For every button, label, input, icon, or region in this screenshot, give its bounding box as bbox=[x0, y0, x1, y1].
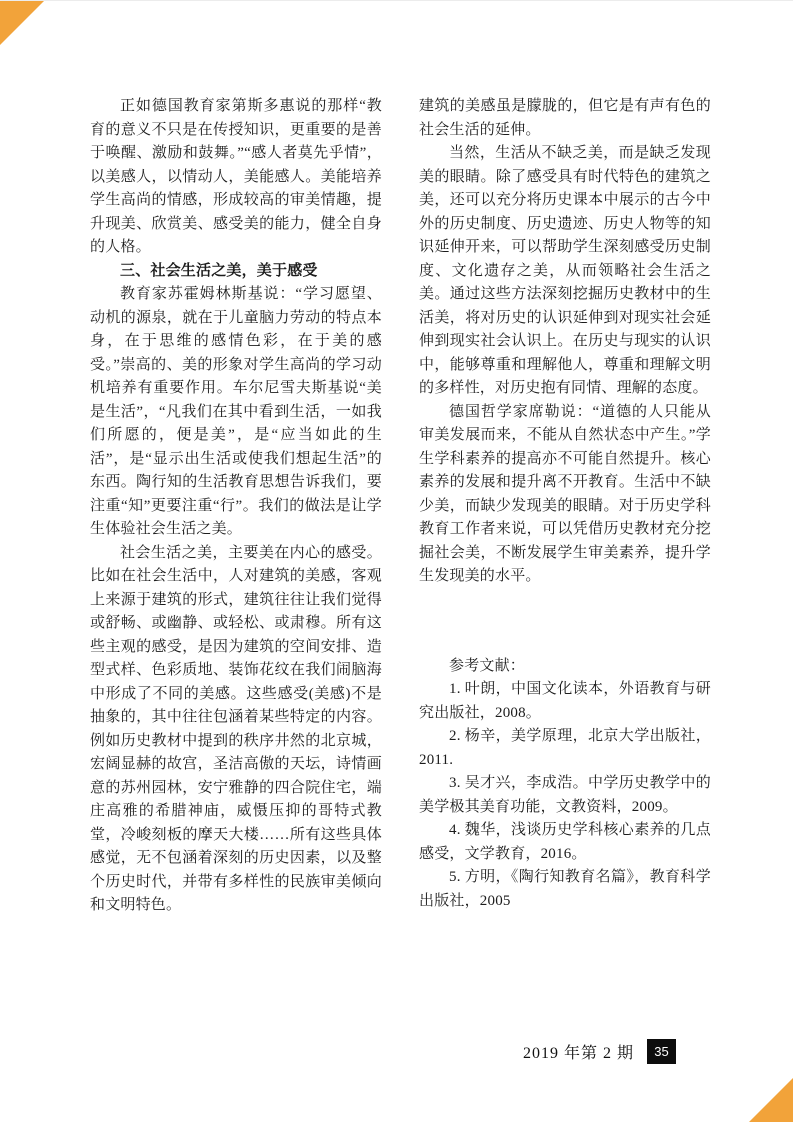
page-number-badge: 35 bbox=[647, 1039, 676, 1064]
column-right: 建筑的美感虽是朦胧的，但它是有声有色的社会生活的延伸。 当然，生活从不缺乏美，而… bbox=[419, 95, 711, 918]
references-title: 参考文献： bbox=[419, 655, 711, 679]
paragraph: 社会生活之美，主要美在内心的感受。比如在社会生活中，人对建筑的美感，客观上来源于… bbox=[90, 542, 382, 918]
paragraph: 建筑的美感虽是朦胧的，但它是有声有色的社会生活的延伸。 bbox=[419, 95, 711, 142]
paragraph: 德国哲学家席勒说：“道德的人只能从审美发展而来，不能从自然状态中产生。”学生学科… bbox=[419, 401, 711, 589]
page-footer: 2019 年第 2 期 35 bbox=[523, 1039, 676, 1064]
journal-page: 正如德国教育家第斯多惠说的那样“教育的意义不只是在传授知识，更重要的是善于唤醒、… bbox=[0, 0, 793, 1122]
corner-accent-bottom-right-triangle bbox=[749, 1078, 793, 1122]
reference-item: 4. 魏华，浅谈历史学科核心素养的几点感受，文学教育，2016。 bbox=[419, 819, 711, 866]
reference-item: 1. 叶朗，中国文化读本，外语教育与研究出版社，2008。 bbox=[419, 678, 711, 725]
article-columns: 正如德国教育家第斯多惠说的那样“教育的意义不只是在传授知识，更重要的是善于唤醒、… bbox=[90, 95, 711, 918]
paragraph: 教育家苏霍姆林斯基说：“学习愿望、动机的源泉，就在于儿童脑力劳动的特点本身，在于… bbox=[90, 283, 382, 542]
reference-item: 5. 方明，《陶行知教育名篇》，教育科学出版社，2005 bbox=[419, 866, 711, 913]
paragraph: 正如德国教育家第斯多惠说的那样“教育的意义不只是在传授知识，更重要的是善于唤醒、… bbox=[90, 95, 382, 260]
column-left: 正如德国教育家第斯多惠说的那样“教育的意义不只是在传授知识，更重要的是善于唤醒、… bbox=[90, 95, 382, 918]
paragraph: 当然，生活从不缺乏美，而是缺乏发现美的眼睛。除了感受具有时代特色的建筑之美，还可… bbox=[419, 142, 711, 401]
reference-item: 3. 吴才兴，李成浩。中学历史教学中的美学极其美育功能，文教资料，2009。 bbox=[419, 772, 711, 819]
issue-label: 2019 年第 2 期 bbox=[523, 1040, 634, 1063]
references-section: 参考文献： 1. 叶朗，中国文化读本，外语教育与研究出版社，2008。 2. 杨… bbox=[419, 655, 711, 914]
corner-accent-top-left-triangle bbox=[0, 1, 44, 45]
reference-item: 2. 杨辛，美学原理，北京大学出版社，2011. bbox=[419, 725, 711, 772]
section-heading: 三、社会生活之美，美于感受 bbox=[90, 260, 382, 284]
